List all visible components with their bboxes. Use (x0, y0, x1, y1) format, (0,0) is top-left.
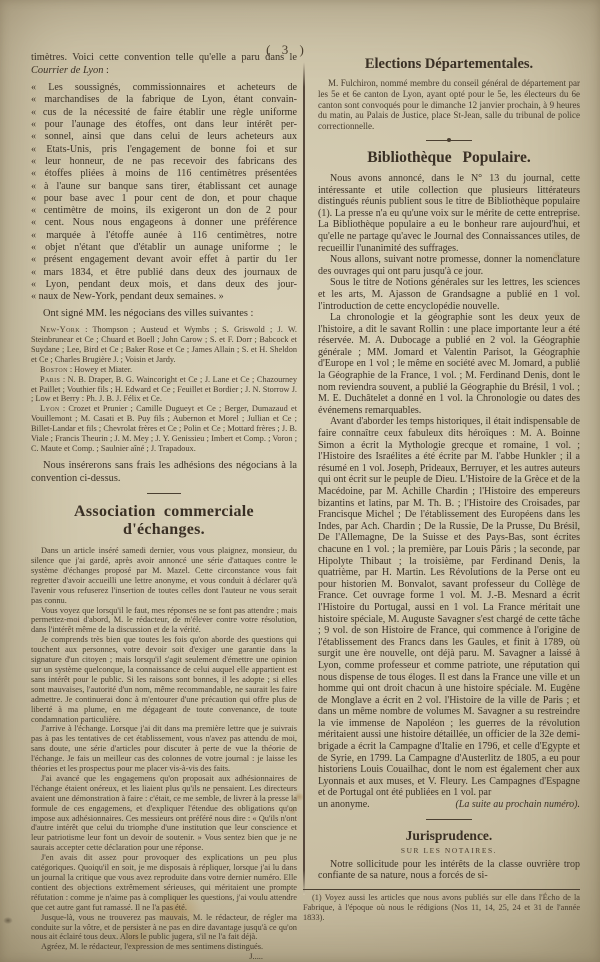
letter-paragraph: J'ai avancé que les engagemens qu'on pro… (31, 774, 297, 853)
quote-line: « centimètre de moins, ils exigeront un … (31, 205, 297, 217)
quote-line: « Etats-Unis, pris l'engagement de bonne… (31, 144, 297, 156)
signatory-city-entry: New-York : Thompson ; Austeud et Wymbs ;… (31, 325, 297, 365)
elections-body: M. Fulchiron, nommé membre du conseil gé… (318, 78, 580, 132)
jurisprudence-body: Notre sollicitude pour les intérêts de l… (318, 859, 580, 882)
footnote: (1) Voyez aussi les articles que nous av… (303, 889, 580, 923)
bibliotheque-paragraph: La chronologie et la géographie sont les… (318, 312, 580, 416)
quote-line: « à l'aune sur banque sans tirer, établi… (31, 181, 297, 193)
letter-paragraph: Je comprends très bien que toutes les fo… (31, 635, 297, 724)
elections-heading: Elections Départementales. (318, 56, 580, 73)
letter-signature: J..... (31, 952, 297, 962)
signatories-list: New-York : Thompson ; Austeud et Wymbs ;… (31, 325, 297, 454)
city-label: Lyon (40, 404, 60, 413)
city-label: New-York (40, 325, 80, 334)
quote-line: « présent engagement devant avoir effet … (31, 254, 297, 266)
signatories-intro: Ont signé MM. les négocians des villes s… (31, 308, 297, 321)
insertion-note: Nous insérerons sans frais les adhésions… (31, 460, 297, 485)
bibliotheque-paragraph: Avant d'aborder les temps historiques, i… (318, 416, 580, 799)
letter-paragraph: Vous voyez que lorsqu'il le faut, mes ré… (31, 606, 297, 636)
bibliotheque-paragraph: Sous le titre de Notions générales sur l… (318, 277, 580, 312)
convention-quote-block: « Les soussignés, commissionnaires et ac… (31, 82, 297, 303)
signatory-names: : Howey et Miater. (68, 365, 132, 374)
quote-line: « naux de New-York, pendant deux semaine… (31, 291, 297, 303)
quote-line: « Lyon, pendant deux mois, et dans deux … (31, 279, 297, 291)
bibliotheque-heading: Bibliothèque Populaire. (318, 149, 580, 167)
signatory-city-entry: Paris : N. B. Draper, B. G. Waincoright … (31, 375, 297, 405)
paper-stain (2, 916, 14, 925)
quote-line: « objet n'étant que d'établir un aunage … (31, 242, 297, 254)
quote-line: « pour l'aunage des étoffes, ont dans le… (31, 119, 297, 131)
letter-paragraph: J'arrive à l'échange. Lorsque j'ai dit d… (31, 724, 297, 774)
quote-line: « Les soussignés, commissionnaires et ac… (31, 82, 297, 94)
signatory-names: : Crozet et Prunier ; Camille Dugueyt et… (31, 404, 297, 453)
city-label: Boston (40, 365, 68, 374)
quote-line: « cent. Nous nous engageons à donner une… (31, 217, 297, 229)
section-divider-rule (147, 493, 181, 494)
letter-closing: Agréez, M. le rédacteur, l'expression de… (31, 942, 297, 952)
quote-line: « cus de la nécessité de faire établir u… (31, 107, 297, 119)
bibliotheque-paragraph: Nous allons, suivant notre promesse, don… (318, 254, 580, 277)
column-divider-rule (303, 62, 305, 895)
ornament-divider-rule (426, 140, 472, 141)
association-heading: Association commerciale d'échanges. (31, 503, 297, 539)
quote-line: « marquée à l'étoffe aunée à 116 centimè… (31, 230, 297, 242)
bibliotheque-ending-line: un anonyme. (La suite au prochain numéro… (318, 799, 580, 811)
bibliotheque-body: Nous avons annoncé, dans le N° 13 du jou… (318, 173, 580, 799)
bibliotheque-paragraph: Nous avons annoncé, dans le N° 13 du jou… (318, 173, 580, 254)
signatory-city-entry: Lyon : Crozet et Prunier ; Camille Dugue… (31, 404, 297, 454)
courrier-de-lyon-title: Courrier de Lyon (31, 65, 103, 76)
jurisprudence-subtitle: SUR LES NOTAIRES. (318, 846, 580, 855)
signatory-names: : N. B. Draper, B. G. Waincoright et Ce … (31, 375, 297, 404)
letter-paragraph: J'en avais dit assez pour provoquer des … (31, 853, 297, 912)
right-column: Elections Départementales. M. Fulchiron,… (318, 56, 580, 923)
intro-colon: : (103, 65, 109, 76)
suite-note: (La suite au prochain numéro). (455, 799, 580, 811)
quote-line: « mars 1834, et être publié dans deux de… (31, 267, 297, 279)
convention-intro: timètres. Voici cette convention telle q… (31, 52, 297, 77)
quote-line: « pour base avec 1 pour cent de don, et … (31, 193, 297, 205)
quote-line: « étoffes pliées à moins de 116 centimèt… (31, 168, 297, 180)
intro-text: timètres. Voici cette convention telle q… (31, 52, 297, 63)
association-letter: Dans un article inséré samedi dernier, v… (31, 546, 297, 942)
newspaper-page: ( 3 ) timètres. Voici cette convention t… (0, 0, 600, 962)
ending-text: un anonyme. (318, 799, 370, 811)
left-column: timètres. Voici cette convention telle q… (31, 52, 297, 962)
quote-line: « marchandises de la fabrique de Lyon, é… (31, 94, 297, 106)
section-divider-rule (426, 819, 472, 820)
quote-line: « sonnel, ainsi que dans celui de leurs … (31, 131, 297, 143)
quote-line: « leur honneur, de ne pas recevoir des f… (31, 156, 297, 168)
letter-paragraph: Dans un article inséré samedi dernier, v… (31, 546, 297, 605)
jurisprudence-heading: Jurisprudence. (318, 828, 580, 844)
letter-paragraph: Jusque-là, vous ne trouverez pas mauvais… (31, 913, 297, 943)
city-label: Paris (40, 375, 60, 384)
signatory-city-entry: Boston : Howey et Miater. (31, 365, 297, 375)
